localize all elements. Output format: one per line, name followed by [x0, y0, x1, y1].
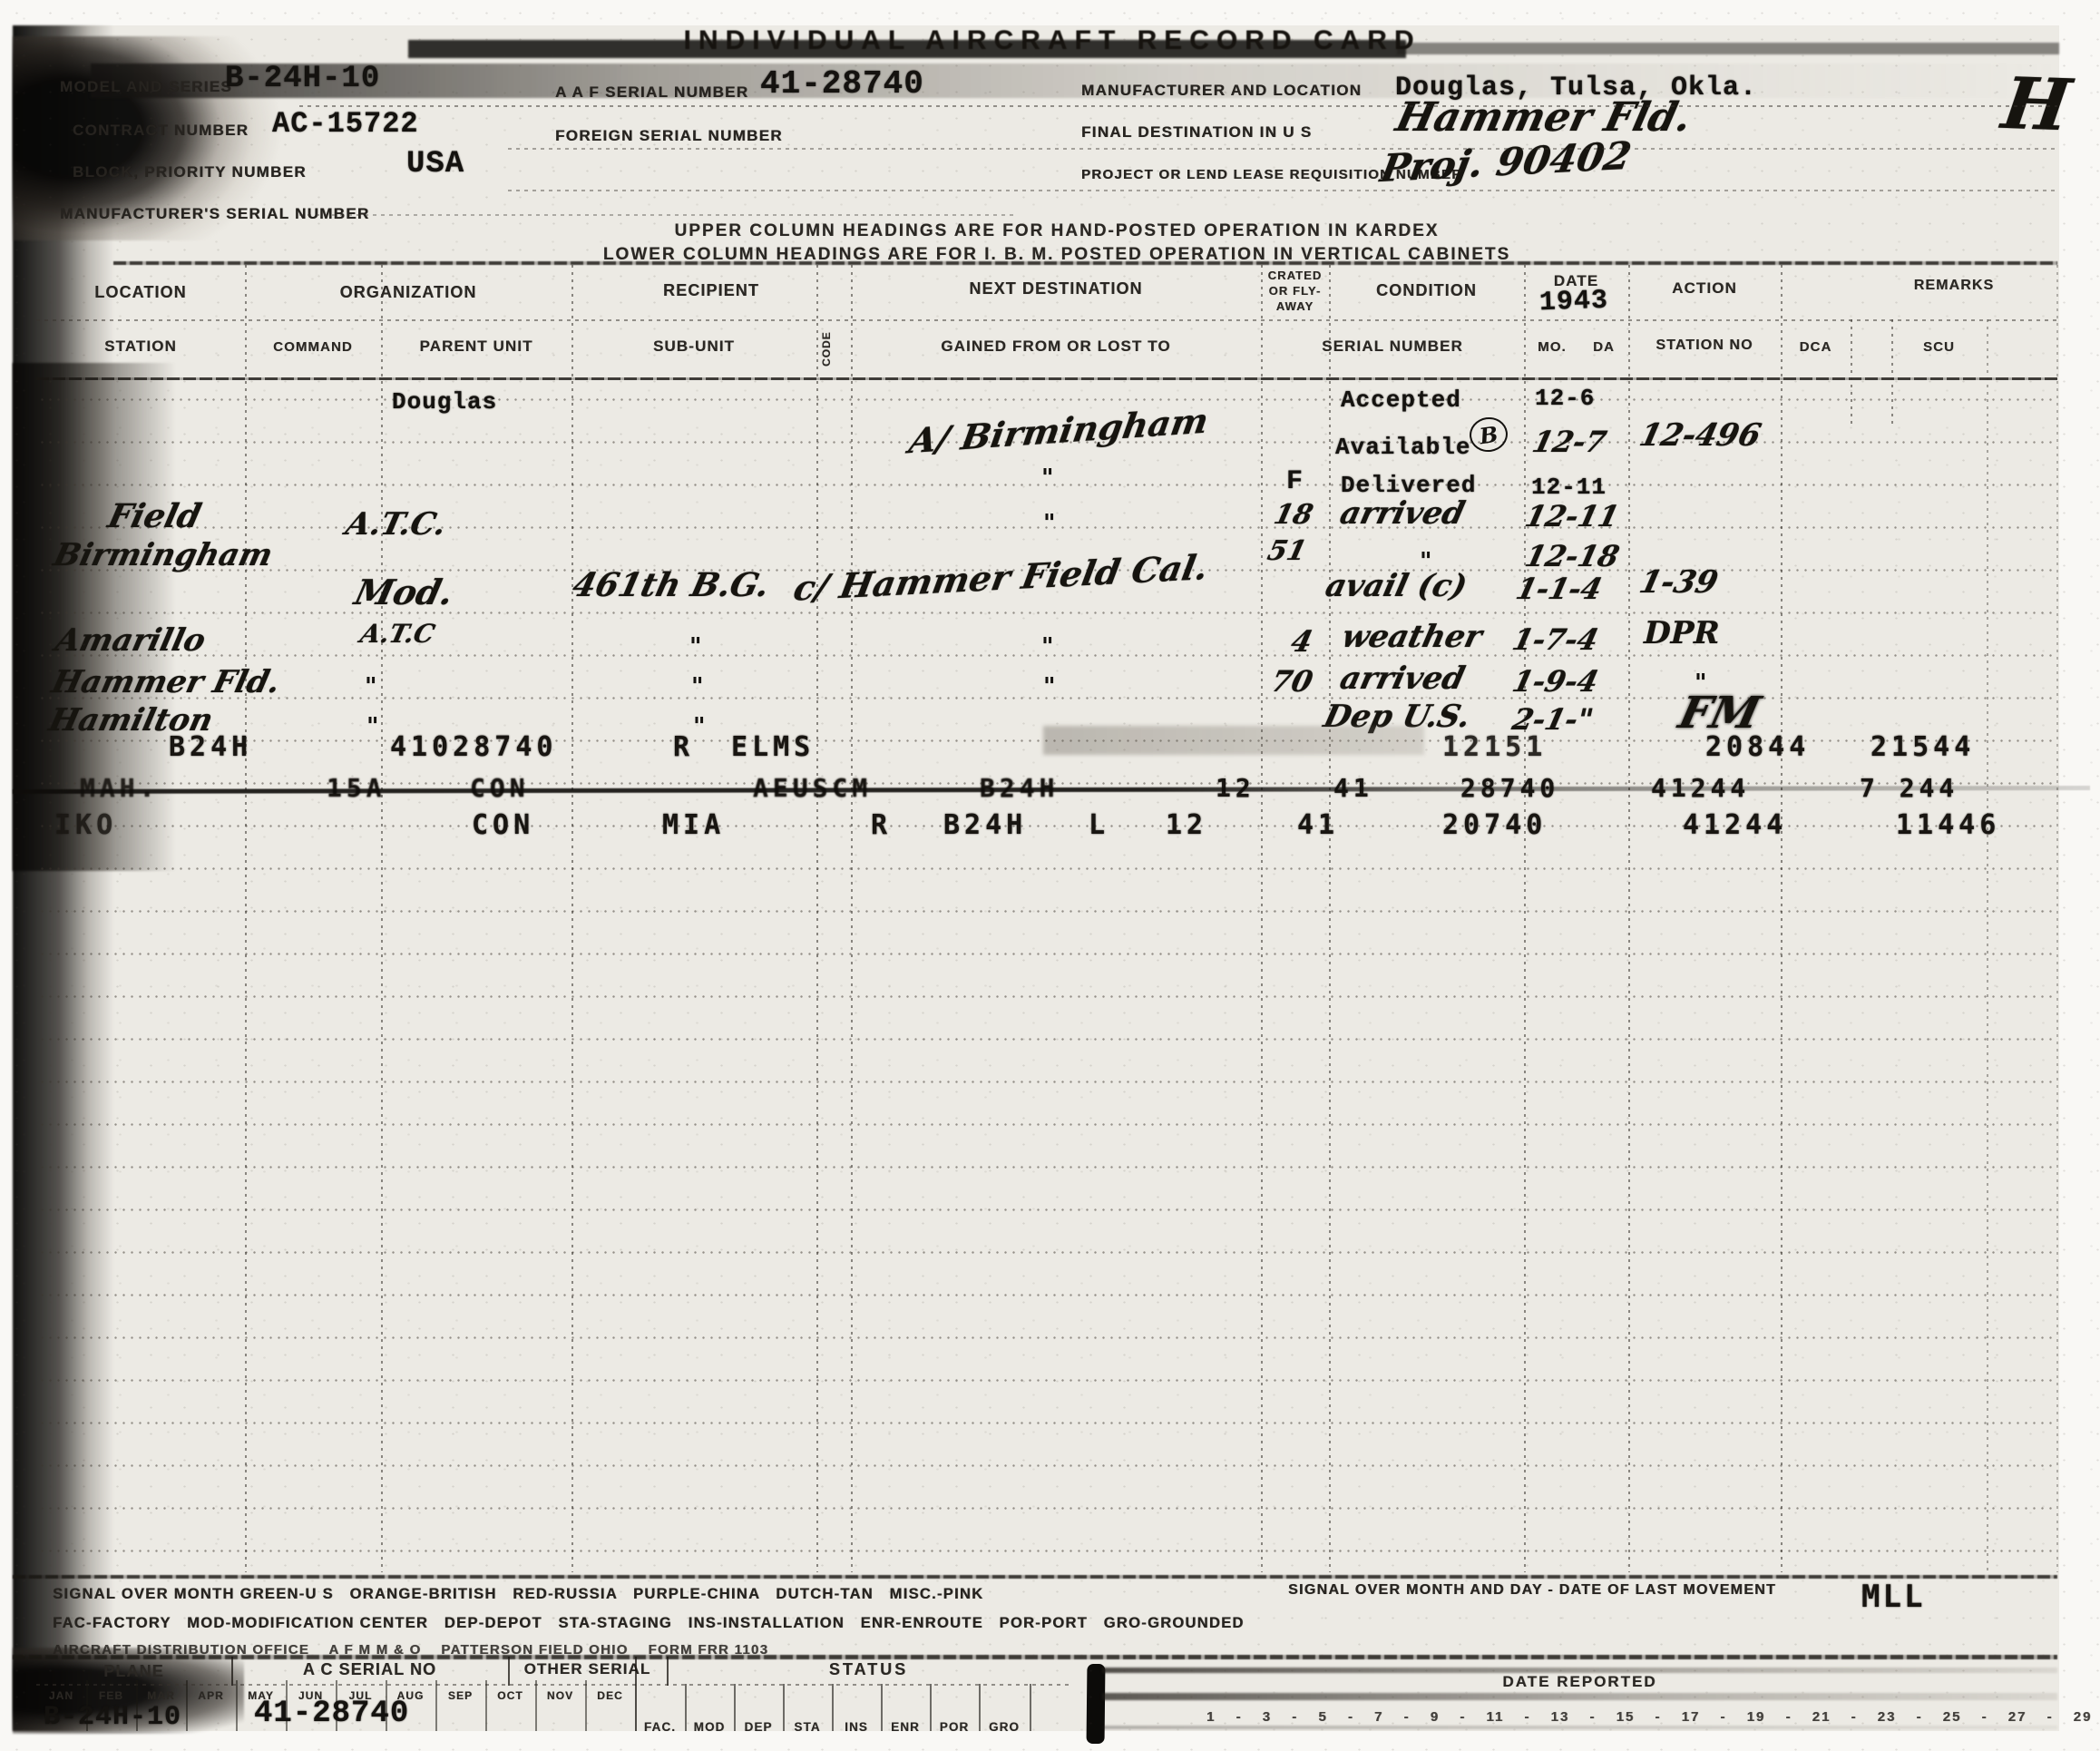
entry-r8-crated: 70 [1268, 664, 1316, 699]
status-vline [930, 1684, 932, 1731]
col-parent-unit: PARENT UNIT [381, 337, 571, 356]
smear-line [1102, 1693, 2057, 1700]
form-date-reported-label: DATE REPORTED [1102, 1673, 2057, 1691]
col-command: COMMAND [245, 339, 381, 355]
rule-line [299, 214, 1016, 216]
ibm-r3-c3: R [871, 809, 892, 841]
col-code: CODE [820, 323, 833, 376]
entry-r4-condition: arrived [1336, 495, 1468, 532]
legend-colors: SIGNAL OVER MONTH GREEN-U S ORANGE-BRITI… [53, 1586, 983, 1603]
status-cell: FAC. [635, 1720, 685, 1734]
model-series-label: MODEL AND SERIES [60, 78, 232, 96]
col-gained: GAINED FROM OR LOST TO [851, 337, 1261, 356]
entry-r7-location: Amarillo [52, 622, 209, 659]
foreign-serial-label: FOREIGN SERIAL NUMBER [555, 127, 783, 145]
form-ac-serial-label: A C SERIAL NO [231, 1660, 508, 1679]
entry-r2-condition: Available [1335, 434, 1470, 461]
entry-r1-condition: Accepted [1341, 386, 1461, 414]
col-recipient: RECIPIENT [571, 281, 851, 300]
col-mo: MO. [1526, 339, 1578, 355]
ibm-r3-c9: 41244 [1683, 809, 1787, 841]
entry-r3-next-ditto: " [1041, 465, 1054, 492]
entry-r4-location: Field [104, 497, 205, 535]
table-border-top [113, 261, 2057, 265]
month-cell: SEP [435, 1689, 485, 1702]
entry-r1-parent: Douglas [392, 388, 497, 416]
entry-r4-crated: 18 [1271, 499, 1316, 531]
entry-r6-parent: 461th B.G. [569, 566, 773, 604]
faint-print-smudge [1043, 726, 1424, 755]
entry-r1-date: 12-6 [1535, 385, 1595, 412]
entry-r5-location: Birmingham [50, 537, 276, 573]
entry-r6-date: 1-1-4 [1513, 572, 1606, 606]
month-cell: DEC [585, 1689, 635, 1702]
ibm-r1-n1: 12151 [1442, 731, 1547, 763]
legend-movement: SIGNAL OVER MONTH AND DAY - DATE OF LAST… [1288, 1582, 1776, 1599]
entry-r4-command: A.T.C. [342, 506, 450, 543]
col-scu: SCU [1891, 339, 1987, 355]
ibm-r1-code: R [673, 731, 694, 763]
col-organization: ORGANIZATION [245, 283, 571, 302]
form-plane-label: PLANE [36, 1662, 231, 1681]
col-date-year: 1943 [1538, 286, 1608, 319]
entry-r7-sub-ditto: " [689, 633, 702, 660]
ibm-r2-loc: MAH. [80, 773, 159, 803]
status-cell: POR [930, 1720, 979, 1734]
ibm-r1-n3: 21544 [1870, 731, 1975, 763]
entry-r7-action: DPR [1639, 615, 1724, 651]
entry-r7-condition: weather [1338, 619, 1485, 655]
contract-value: AC-15722 [272, 107, 419, 141]
record-card-scan: INDIVIDUAL AIRCRAFT RECORD CARD MODEL AN… [0, 0, 2100, 1751]
month-vline [186, 1680, 188, 1731]
month-cell: FEB [86, 1689, 136, 1702]
entry-r5-crated: 51 [1265, 535, 1310, 567]
ibm-r1-n2: 20844 [1705, 731, 1810, 763]
entry-r6-action: 1-39 [1636, 564, 1721, 601]
mll-stamp: MLL [1861, 1579, 1925, 1615]
entry-r8-next-ditto: " [1043, 673, 1056, 700]
col-location: LOCATION [36, 283, 245, 302]
contract-label: CONTRACT NUMBER [73, 122, 249, 140]
legend-codes: FAC-FACTORY MOD-MODIFICATION CENTER DEP-… [53, 1615, 1245, 1632]
ibm-r3-c6: 12 [1166, 809, 1207, 841]
ibm-r3-c1: CON [472, 809, 534, 841]
col-da: DA [1580, 339, 1627, 355]
ibm-r1-station: ELMS [731, 731, 815, 763]
page-title: INDIVIDUAL AIRCRAFT RECORD CARD [508, 25, 1597, 56]
status-cell: MOD [685, 1720, 734, 1734]
col-crated: CRATED OR FLY-AWAY [1261, 269, 1329, 315]
entry-r7-date: 1-7-4 [1509, 622, 1602, 657]
ibm-r3-c4: B24H [943, 809, 1027, 841]
aaf-serial-value: 41-28740 [760, 65, 924, 103]
form-other-serial-label: OTHER SERIAL [508, 1660, 667, 1678]
col-action: ACTION [1628, 279, 1781, 298]
ibm-r3-c10: 11446 [1896, 809, 2000, 841]
block-priority-label: BLOCK, PRIORITY NUMBER [73, 163, 307, 181]
smear-line [1102, 1726, 2057, 1729]
ibm-r3-c5: L [1089, 809, 1109, 841]
ibm-r3-loc: IKO [54, 809, 117, 841]
entry-r5-date: 12-18 [1522, 539, 1623, 573]
status-cell: GRO [979, 1720, 1030, 1734]
form-days-scale: 1 - 3 - 5 - 7 - 9 - 11 - 13 - 15 - 17 - … [1206, 1709, 2100, 1725]
scan-band-top [91, 64, 2059, 98]
form-status-label: STATUS [667, 1660, 1070, 1679]
month-cell: NOV [535, 1689, 585, 1702]
entry-r8-location: Hammer Fld. [48, 664, 283, 700]
col-serial-number: SERIAL NUMBER [1261, 337, 1524, 356]
ibm-r3-c7: 41 [1297, 809, 1339, 841]
month-vline [585, 1680, 587, 1731]
status-cell: STA [783, 1720, 832, 1734]
entry-r2-action: 12-496 [1636, 417, 1764, 454]
col-remarks: REMARKS [1851, 278, 2057, 294]
status-vline [685, 1684, 687, 1731]
status-vline [979, 1684, 981, 1731]
final-destination-label: FINAL DESTINATION IN U S [1081, 123, 1312, 142]
form-vline [508, 1657, 510, 1686]
status-vline [881, 1684, 883, 1731]
status-vline [832, 1684, 834, 1731]
ibm-r3-c8: 20740 [1442, 809, 1547, 841]
form-vline [231, 1657, 233, 1686]
rule-line [508, 148, 2057, 150]
form-ac-serial-value: 41-28740 [254, 1697, 409, 1731]
final-destination-value: Hammer Fld. [1392, 94, 1696, 141]
kardex-note-line1: UPPER COLUMN HEADINGS ARE FOR HAND-POSTE… [422, 221, 1692, 241]
table-header-divider [36, 319, 2057, 321]
month-vline [535, 1680, 537, 1731]
status-vline [734, 1684, 736, 1731]
manufacturer-label: MANUFACTURER AND LOCATION [1081, 82, 1362, 100]
entry-r7-command: A.T.C [357, 619, 437, 649]
entry-r4-date: 12-11 [1522, 499, 1623, 533]
status-vline [1030, 1684, 1031, 1731]
col-station-no: STATION NO [1628, 337, 1781, 354]
status-cell: INS [832, 1720, 881, 1734]
aaf-serial-label: A A F SERIAL NUMBER [555, 83, 748, 102]
month-cell: MAR [136, 1689, 186, 1702]
ibm-r3-c2: MIA [662, 809, 725, 841]
entry-r8-sub-ditto: " [691, 673, 704, 700]
status-cell: ENR [881, 1720, 930, 1734]
entry-r6-condition: avail (c) [1322, 568, 1470, 604]
form-divider [36, 1684, 1070, 1686]
legend-border-top [13, 1575, 2057, 1579]
month-vline [485, 1680, 487, 1731]
rule-line [299, 105, 2057, 107]
entry-r9-command-ditto: " [366, 713, 379, 740]
col-sub-unit: SUB-UNIT [571, 337, 816, 356]
ibm-r1-serial: 41028740 [390, 731, 558, 763]
model-series-value: B-24H-10 [225, 62, 380, 96]
month-cell: APR [186, 1689, 236, 1702]
col-next-destination: NEXT DESTINATION [851, 279, 1261, 298]
entry-r2-date: 12-7 [1529, 425, 1610, 459]
form-plane-value: B-24H-10 [44, 1702, 181, 1733]
month-vline [435, 1680, 437, 1731]
rule-line [508, 190, 2057, 191]
ibm-r1-model: B24H [169, 731, 252, 763]
status-vline [783, 1684, 785, 1731]
month-cell: JAN [36, 1689, 86, 1702]
entry-r8-condition: arrived [1336, 660, 1468, 697]
entry-r3-crated: F [1286, 466, 1304, 497]
entry-r7-next-ditto: " [1041, 633, 1054, 660]
month-cell: OCT [485, 1689, 535, 1702]
entry-r8-date: 1-9-4 [1509, 664, 1602, 699]
col-dca: DCA [1781, 339, 1851, 355]
entry-r3-date: 12-11 [1531, 474, 1607, 501]
entry-r9-sub-ditto: " [693, 713, 706, 740]
month-vline [236, 1680, 238, 1731]
entry-r8-command-ditto: " [365, 673, 377, 700]
col-condition: CONDITION [1329, 281, 1524, 300]
entry-r4-next-ditto: " [1043, 510, 1056, 537]
form-border-top [13, 1655, 2057, 1659]
status-cell: DEP [734, 1720, 783, 1734]
form-vline [667, 1657, 669, 1686]
block-priority-value: USA [406, 147, 464, 181]
entry-r6-command: Mod. [351, 572, 458, 612]
col-station: STATION [36, 337, 245, 356]
